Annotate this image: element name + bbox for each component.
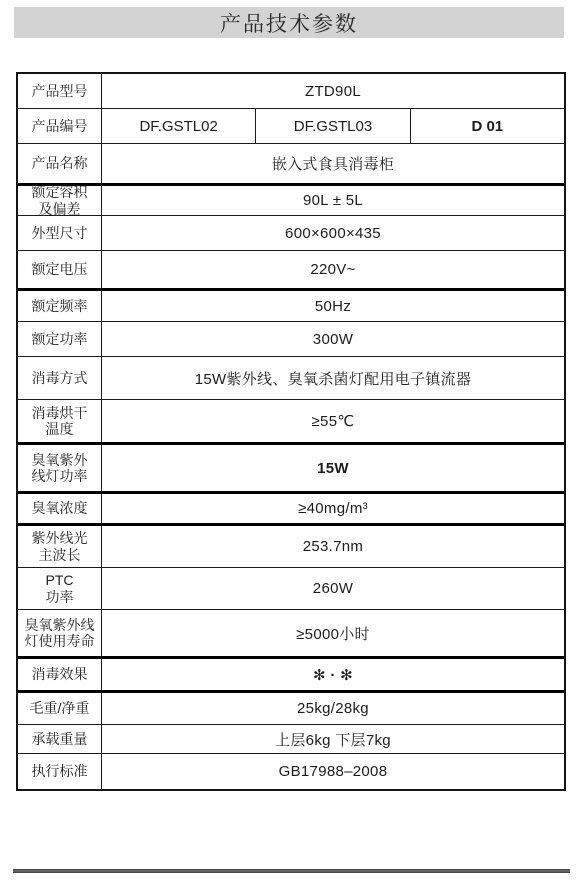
- table-row: 额定功率 300W: [18, 321, 564, 356]
- row-value: 50Hz: [102, 291, 564, 321]
- table-row: 额定频率 50Hz: [18, 288, 564, 321]
- row-label: 产品名称: [18, 144, 102, 183]
- row-label: 额定功率: [18, 322, 102, 356]
- row-value: 15W紫外线、臭氧杀菌灯配用电子镇流器: [102, 357, 564, 399]
- table-row: PTC 功率 260W: [18, 567, 564, 609]
- row-label: 额定频率: [18, 291, 102, 321]
- title-bar: 产品技术参数: [14, 7, 564, 38]
- row-value: 15W: [102, 445, 564, 491]
- row-label: 臭氧紫外 线灯功率: [18, 445, 102, 491]
- table-row: 臭氧紫外线 灯使用寿命 ≥5000小时: [18, 609, 564, 656]
- table-row: 外型尺寸 600×600×435: [18, 215, 564, 250]
- row-label: 臭氧紫外线 灯使用寿命: [18, 610, 102, 656]
- row-label: 消毒烘干 温度: [18, 400, 102, 442]
- row-label: 额定容积 及偏差: [18, 186, 102, 215]
- row-value: 220V~: [102, 251, 564, 288]
- row-value: 上层6kg 下层7kg: [102, 725, 564, 753]
- table-row: 臭氧浓度 ≥40mg/m³: [18, 491, 564, 523]
- table-row: 执行标准 GB17988–2008: [18, 753, 564, 789]
- row-value: 嵌入式食具消毒柜: [102, 144, 564, 183]
- row-label: PTC 功率: [18, 568, 102, 609]
- row-value: 600×600×435: [102, 216, 564, 250]
- table-row: 额定容积 及偏差 90L ± 5L: [18, 183, 564, 215]
- table-row: 消毒烘干 温度 ≥55℃: [18, 399, 564, 442]
- table-row: 消毒方式 15W紫外线、臭氧杀菌灯配用电子镇流器: [18, 356, 564, 399]
- table-row: 产品型号 ZTD90L: [18, 74, 564, 108]
- row-value: ≥40mg/m³: [102, 494, 564, 523]
- row-value-cell: D 01: [411, 109, 564, 143]
- row-value: ≥5000小时: [102, 610, 564, 656]
- row-label: 紫外线光 主波长: [18, 526, 102, 567]
- row-label: 执行标准: [18, 754, 102, 789]
- row-value: 300W: [102, 322, 564, 356]
- table-row: 毛重/净重 25kg/28kg: [18, 690, 564, 724]
- row-label: 外型尺寸: [18, 216, 102, 250]
- row-value: GB17988–2008: [102, 754, 564, 789]
- row-value: 25kg/28kg: [102, 693, 564, 724]
- table-row: 产品编号 DF.GSTL02 DF.GSTL03 D 01: [18, 108, 564, 143]
- table-row: 额定电压 220V~: [18, 250, 564, 288]
- table-row: 紫外线光 主波长 253.7nm: [18, 523, 564, 567]
- row-value: 90L ± 5L: [102, 186, 564, 215]
- row-label: 产品型号: [18, 74, 102, 108]
- table-row: 承载重量 上层6kg 下层7kg: [18, 724, 564, 753]
- table-row: 消毒效果 ✻ · ✻: [18, 656, 564, 690]
- bottom-divider-rule: [13, 869, 570, 873]
- row-value: 253.7nm: [102, 526, 564, 567]
- row-value-cell: DF.GSTL02: [102, 109, 256, 143]
- page: { "title": "产品技术参数", "colors": { "title_…: [0, 0, 584, 882]
- row-label: 消毒方式: [18, 357, 102, 399]
- table-row: 产品名称 嵌入式食具消毒柜: [18, 143, 564, 183]
- row-value: 260W: [102, 568, 564, 609]
- row-label: 产品编号: [18, 109, 102, 143]
- row-value: ZTD90L: [102, 74, 564, 108]
- row-label: 臭氧浓度: [18, 494, 102, 523]
- row-value: ≥55℃: [102, 400, 564, 442]
- row-label: 消毒效果: [18, 659, 102, 690]
- row-value disinfection-stars: ✻ · ✻: [102, 659, 564, 690]
- page-title: 产品技术参数: [220, 8, 358, 38]
- spec-table: 产品型号 ZTD90L 产品编号 DF.GSTL02 DF.GSTL03 D 0…: [16, 72, 566, 791]
- row-label: 毛重/净重: [18, 693, 102, 724]
- table-row: 臭氧紫外 线灯功率 15W: [18, 442, 564, 491]
- row-value-cell: DF.GSTL03: [256, 109, 410, 143]
- row-label: 额定电压: [18, 251, 102, 288]
- row-label: 承载重量: [18, 725, 102, 753]
